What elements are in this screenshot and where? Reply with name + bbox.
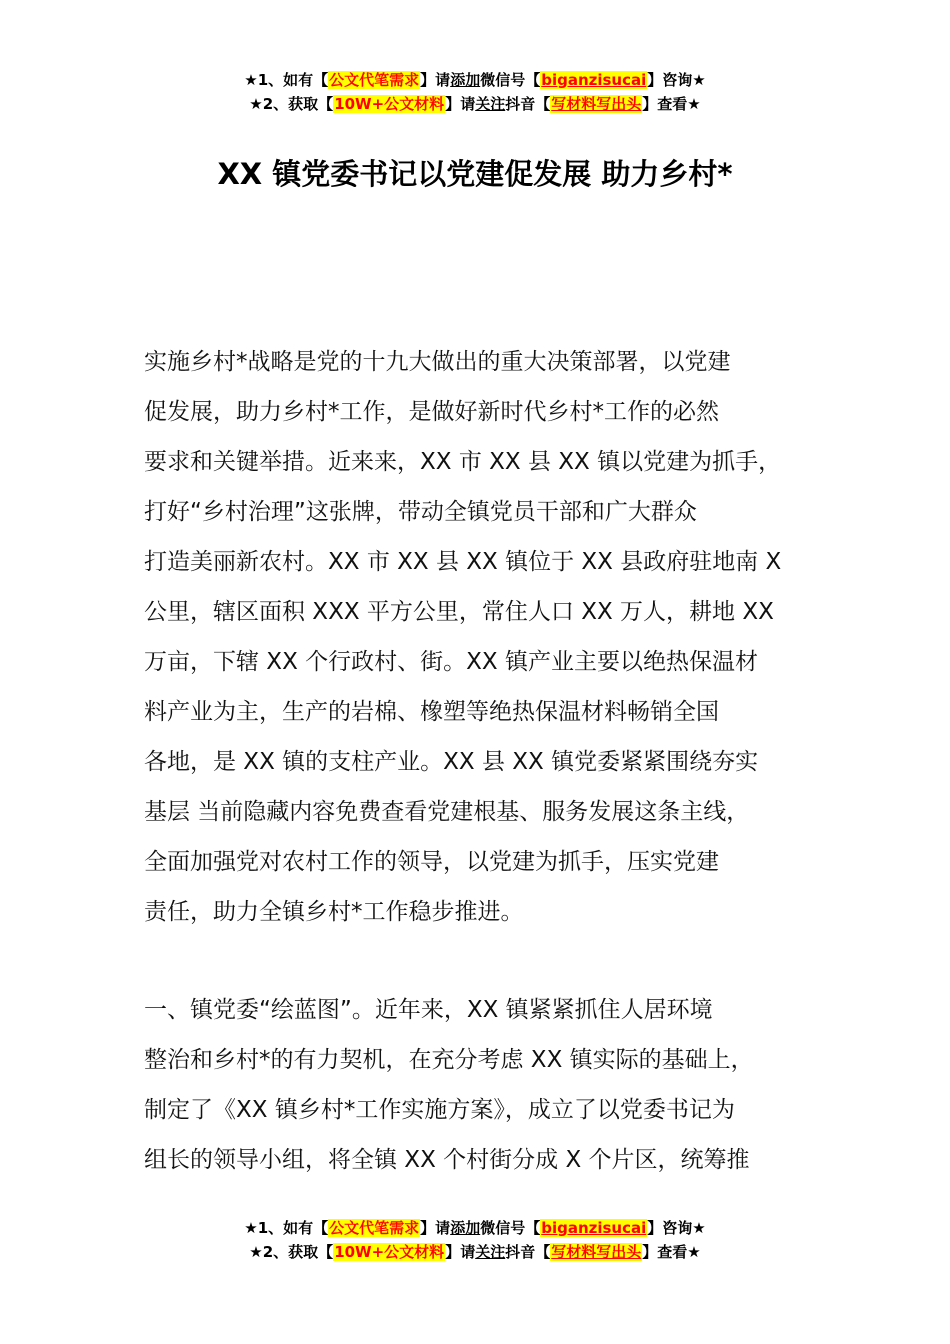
bottom-promo-banner: ★1、如有【公文代笔需求】请添加微信号【biganzisucai】咨询★ ★2、…: [0, 1216, 950, 1264]
promo-line-1-mid2: 微信号【: [480, 1219, 540, 1237]
promo-highlight-materials: 10W+公文材料: [333, 95, 445, 113]
paragraph-line: 料产业为主，生产的岩棉、橡塑等绝热保温材料畅销全国: [144, 687, 834, 737]
promo-underlined-add: 添加: [450, 71, 480, 89]
paragraph-line: 基层 当前隐藏内容免费查看党建根基、服务发展这条主线，: [144, 787, 834, 837]
promo-line-2-prefix: ★2、获取【: [249, 1243, 333, 1261]
paragraph-line: 一、镇党委“绘蓝图”。近年来，XX 镇紧紧抓住人居环境: [144, 985, 834, 1035]
promo-line-2-mid2: 抖音【: [505, 95, 550, 113]
promo-underlined-follow: 关注: [475, 1243, 505, 1261]
promo-line-1-suffix: 】咨询★: [647, 1219, 705, 1237]
promo-wechat-id-link[interactable]: biganzisucai: [540, 71, 647, 89]
promo-line-1-prefix: ★1、如有【: [244, 1219, 328, 1237]
promo-line-2: ★2、获取【10W+公文材料】请关注抖音【写材料写出头】查看★: [0, 1240, 950, 1264]
promo-wechat-id-link[interactable]: biganzisucai: [540, 1219, 647, 1237]
promo-highlight-ghostwriting: 公文代笔需求: [328, 71, 420, 89]
promo-line-2-suffix: 】查看★: [642, 1243, 700, 1261]
body-paragraph-intro: 实施乡村*战略是党的十九大做出的重大决策部署，以党建 促发展，助力乡村*工作，是…: [144, 337, 834, 937]
promo-line-1-mid1: 】请: [420, 1219, 450, 1237]
promo-line-1: ★1、如有【公文代笔需求】请添加微信号【biganzisucai】咨询★: [0, 68, 950, 92]
promo-line-2: ★2、获取【10W+公文材料】请关注抖音【写材料写出头】查看★: [0, 92, 950, 116]
promo-line-2-mid2: 抖音【: [505, 1243, 550, 1261]
promo-line-1: ★1、如有【公文代笔需求】请添加微信号【biganzisucai】咨询★: [0, 1216, 950, 1240]
paragraph-line: 组长的领导小组，将全镇 XX 个村街分成 X 个片区，统筹推: [144, 1135, 834, 1185]
paragraph-line: 责任，助力全镇乡村*工作稳步推进。: [144, 887, 834, 937]
promo-line-1-mid2: 微信号【: [480, 71, 540, 89]
promo-douyin-account-link[interactable]: 写材料写出头: [550, 95, 642, 113]
paragraph-line: 公里，辖区面积 XXX 平方公里，常住人口 XX 万人，耕地 XX: [144, 587, 834, 637]
promo-line-2-mid1: 】请: [445, 95, 475, 113]
promo-line-1-suffix: 】咨询★: [647, 71, 705, 89]
top-promo-banner: ★1、如有【公文代笔需求】请添加微信号【biganzisucai】咨询★ ★2、…: [0, 68, 950, 116]
paragraph-line: 万亩，下辖 XX 个行政村、街。XX 镇产业主要以绝热保温材: [144, 637, 834, 687]
promo-underlined-follow: 关注: [475, 95, 505, 113]
paragraph-line: 打造美丽新农村。XX 市 XX 县 XX 镇位于 XX 县政府驻地南 X: [144, 537, 834, 587]
promo-underlined-add: 添加: [450, 1219, 480, 1237]
paragraph-line: 全面加强党对农村工作的领导，以党建为抓手，压实党建: [144, 837, 834, 887]
paragraph-line: 要求和关键举措。近来来，XX 市 XX 县 XX 镇以党建为抓手，: [144, 437, 834, 487]
promo-line-2-suffix: 】查看★: [642, 95, 700, 113]
promo-line-2-prefix: ★2、获取【: [249, 95, 333, 113]
paragraph-line: 促发展，助力乡村*工作，是做好新时代乡村*工作的必然: [144, 387, 834, 437]
document-title: XX 镇党委书记以党建促发展 助力乡村*: [0, 150, 950, 198]
promo-douyin-account-link[interactable]: 写材料写出头: [550, 1243, 642, 1261]
promo-line-2-mid1: 】请: [445, 1243, 475, 1261]
promo-line-1-mid1: 】请: [420, 71, 450, 89]
paragraph-line: 整治和乡村*的有力契机，在充分考虑 XX 镇实际的基础上，: [144, 1035, 834, 1085]
promo-highlight-ghostwriting: 公文代笔需求: [328, 1219, 420, 1237]
body-paragraph-section-1: 一、镇党委“绘蓝图”。近年来，XX 镇紧紧抓住人居环境 整治和乡村*的有力契机，…: [144, 985, 834, 1185]
paragraph-line: 打好“乡村治理”这张牌，带动全镇党员干部和广大群众: [144, 487, 834, 537]
promo-highlight-materials: 10W+公文材料: [333, 1243, 445, 1261]
paragraph-line: 各地，是 XX 镇的支柱产业。XX 县 XX 镇党委紧紧围绕夯实: [144, 737, 834, 787]
promo-line-1-prefix: ★1、如有【: [244, 71, 328, 89]
paragraph-line: 实施乡村*战略是党的十九大做出的重大决策部署，以党建: [144, 337, 834, 387]
paragraph-line: 制定了《XX 镇乡村*工作实施方案》，成立了以党委书记为: [144, 1085, 834, 1135]
